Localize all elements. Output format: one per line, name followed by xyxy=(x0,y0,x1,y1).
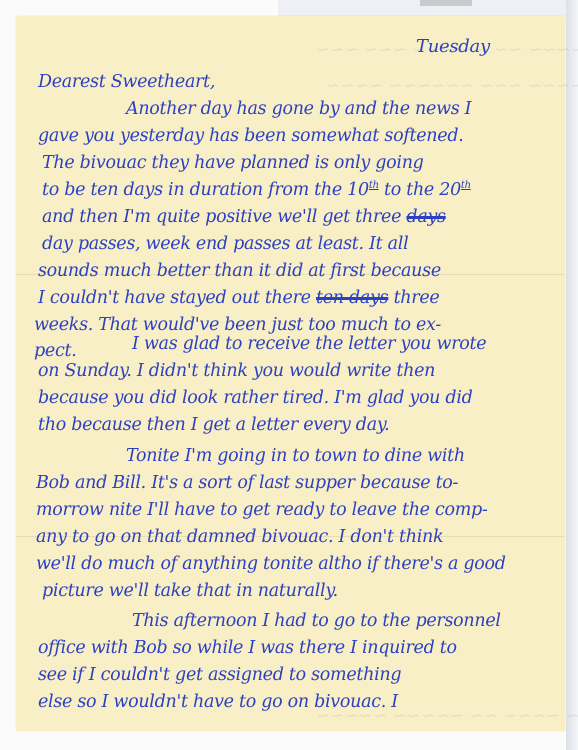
letter-line: weeks. That would've been just too much … xyxy=(34,315,441,335)
letter-line: day passes, week end passes at least. It… xyxy=(42,234,408,254)
letter-line: tho because then I get a letter every da… xyxy=(38,415,389,435)
letter-line: Tonite I'm going in to town to dine with xyxy=(126,446,465,466)
letter-line: The bivouac they have planned is only go… xyxy=(42,153,424,173)
letter-line: to be ten days in duration from the 10th… xyxy=(42,180,471,200)
letter-line: sounds much better than it did at first … xyxy=(38,261,441,281)
letter-line: I couldn't have stayed out there ten day… xyxy=(38,288,439,308)
letter-date: Tuesday xyxy=(416,36,490,57)
letter-line: picture we'll take that in naturally. xyxy=(42,581,338,601)
letter-line: we'll do much of anything tonite altho i… xyxy=(36,554,506,574)
struck-word: ten days xyxy=(316,288,388,308)
scan-right-edge xyxy=(566,0,578,750)
letter-line: morrow nite I'll have to get ready to le… xyxy=(36,500,488,520)
letter-line: gave you yesterday has been somewhat sof… xyxy=(38,126,463,146)
struck-word: days xyxy=(406,207,445,227)
letter-line: Another day has gone by and the news I xyxy=(126,99,471,119)
bleed-through-text: ~~~ ~~~~ ~~~ ~~~~~~ ~~~~ xyxy=(326,76,578,96)
letter-line: any to go on that damned bivouac. I don'… xyxy=(36,527,443,547)
letter-line: on Sunday. I didn't think you would writ… xyxy=(38,361,435,381)
underlying-page-strip xyxy=(420,0,472,6)
letter-line: office with Bob so while I was there I i… xyxy=(38,638,457,658)
letter-line: pect. xyxy=(34,341,76,361)
letter-salutation: Dearest Sweetheart, xyxy=(38,72,215,92)
letter-line: else so I wouldn't have to go on bivouac… xyxy=(38,692,398,712)
letter-line: because you did look rather tired. I'm g… xyxy=(38,388,473,408)
letter-page: ~~~ ~~~~ ~~ ~~~ ~~ ~~~ ~~~ ~~~ ~~~~ ~~~ … xyxy=(16,16,565,731)
letter-line: I was glad to receive the letter you wro… xyxy=(132,334,486,354)
letter-line: This afternoon I had to go to the person… xyxy=(132,611,501,631)
letter-line: and then I'm quite positive we'll get th… xyxy=(42,207,446,227)
letter-line: Bob and Bill. It's a sort of last supper… xyxy=(36,473,458,493)
letter-line: see if I couldn't get assigned to someth… xyxy=(38,665,401,685)
